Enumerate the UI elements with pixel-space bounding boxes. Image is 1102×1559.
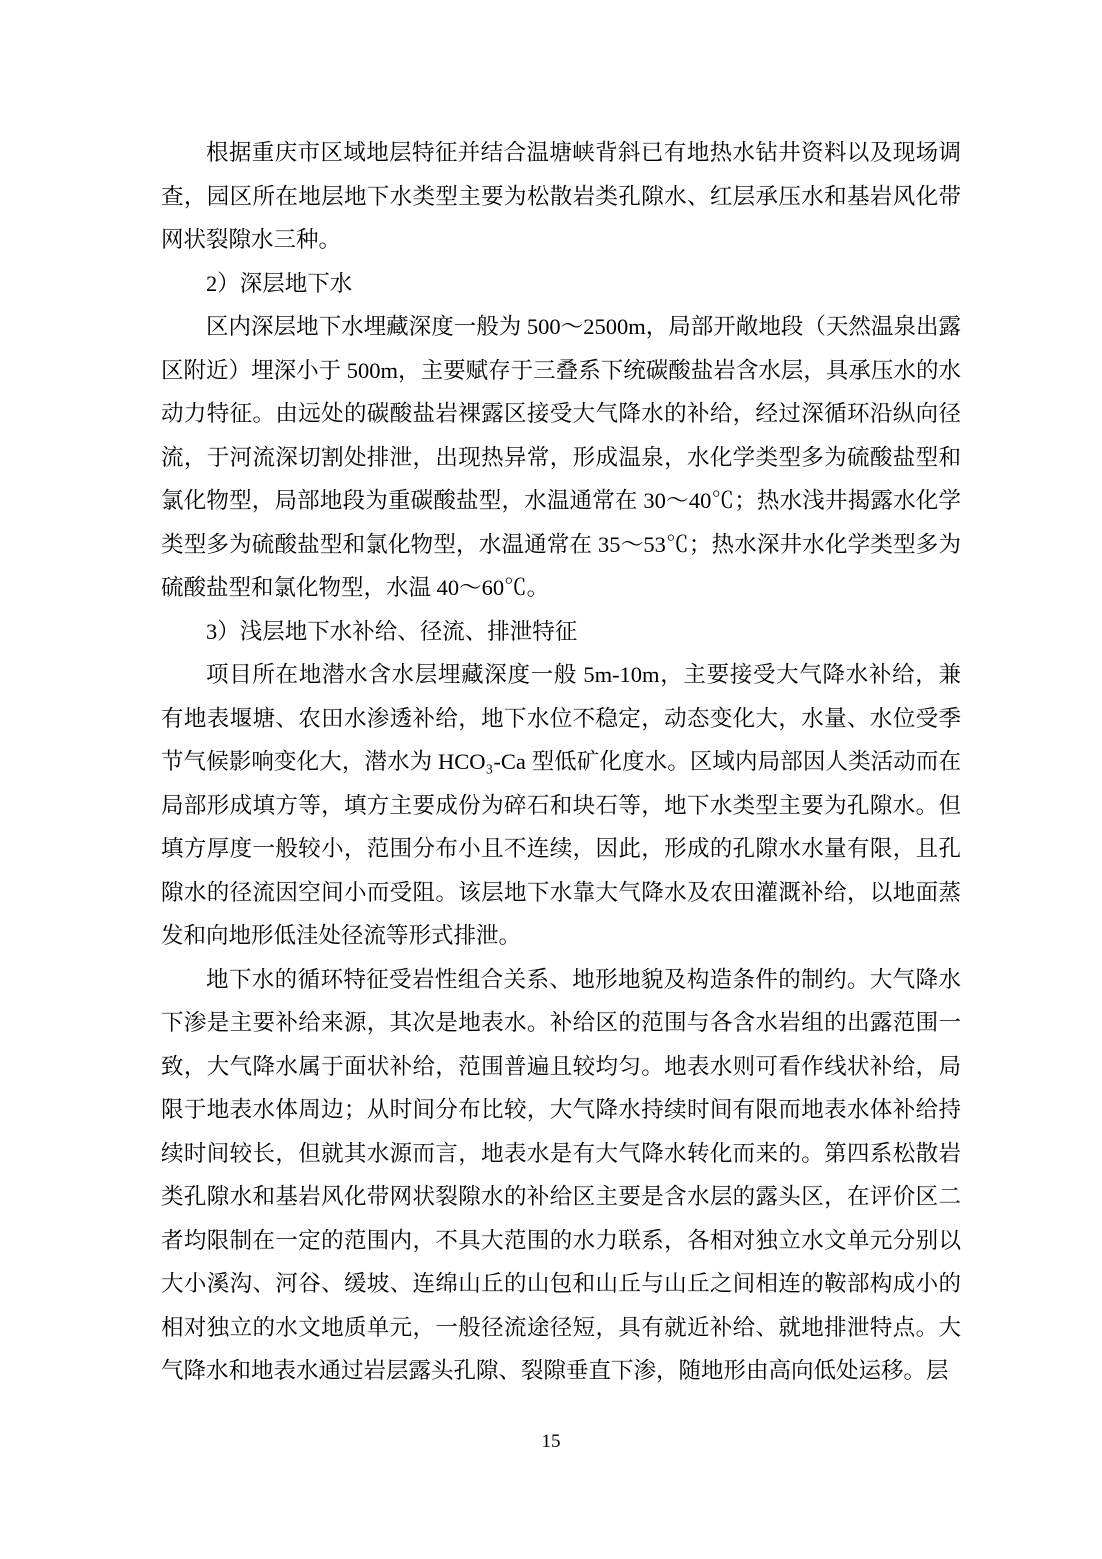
body-paragraph: 根据重庆市区域地层特征并结合温塘峡背斜已有地热水钻井资料以及现场调查，园区所在地… [161,131,961,262]
page-footer: 15 [0,1430,1102,1454]
body-paragraph: 区内深层地下水埋藏深度一般为 500～2500m，局部开敞地段（天然温泉出露区附… [161,305,961,610]
document-page: 根据重庆市区域地层特征并结合温塘峡背斜已有地热水钻井资料以及现场调查，园区所在地… [0,0,1102,1559]
page-number: 15 [542,1431,561,1452]
body-paragraph: 项目所在地潜水含水层埋藏深度一般 5m-10m，主要接受大气降水补给，兼有地表堰… [161,653,961,958]
body-paragraph: 地下水的循环特征受岩性组合关系、地形地貌及构造条件的制约。大气降水下渗是主要补给… [161,958,961,1393]
section-heading: 2）深层地下水 [161,262,961,306]
section-heading: 3）浅层地下水补给、径流、排泄特征 [161,610,961,654]
document-body: 根据重庆市区域地层特征并结合温塘峡背斜已有地热水钻井资料以及现场调查，园区所在地… [161,131,961,1393]
